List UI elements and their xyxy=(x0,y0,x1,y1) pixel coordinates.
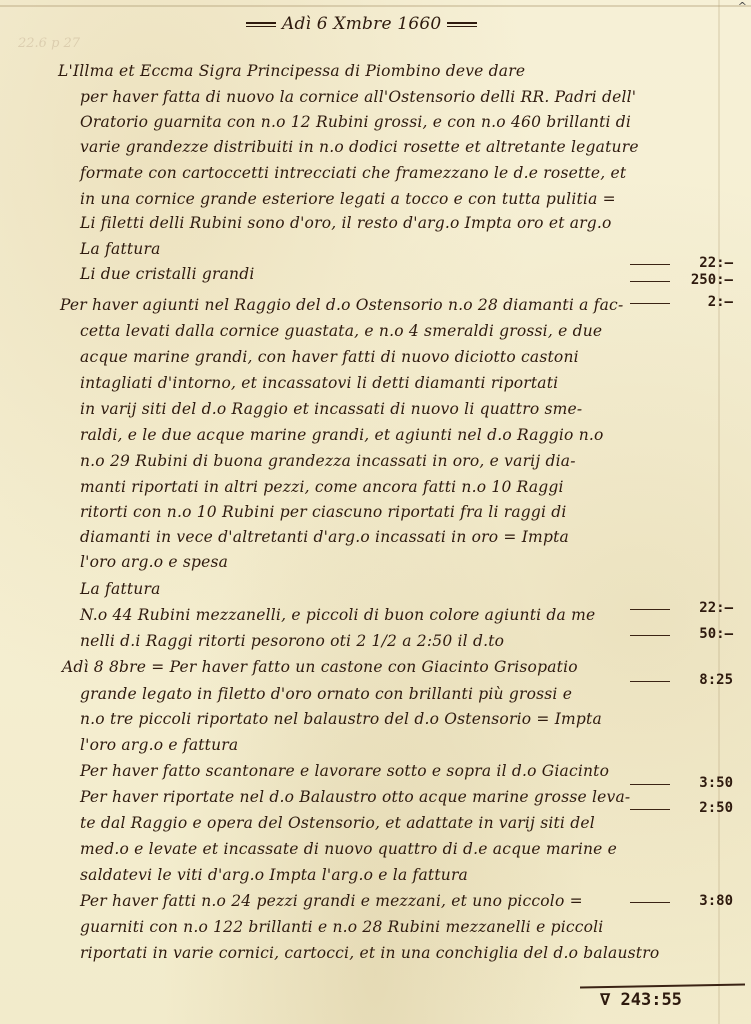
manuscript-line: raldi, e le due acque marine grandi, et … xyxy=(80,426,604,444)
line-amount: 22:— xyxy=(699,600,733,616)
line-amount: 250:— xyxy=(691,272,733,288)
manuscript-line: Per haver riportate nel d.o Balaustro ot… xyxy=(80,788,630,806)
manuscript-line: in una cornice grande esteriore legati a… xyxy=(80,190,616,208)
manuscript-line: Per haver fatti n.o 24 pezzi grandi e me… xyxy=(80,892,583,910)
line-amount: 3:50 xyxy=(699,775,733,791)
line-amount: 2:50 xyxy=(699,800,733,816)
leader-dash xyxy=(630,681,670,682)
manuscript-line: ritorti con n.o 10 Rubini per ciascuno r… xyxy=(80,503,567,521)
manuscript-line: Li due cristalli grandi xyxy=(80,265,255,283)
document-heading: Adì 6 Xmbre 1660 xyxy=(240,14,483,34)
leader-dash xyxy=(630,902,670,903)
total-rule xyxy=(580,984,745,989)
line-amount: 2:— xyxy=(708,294,733,310)
manuscript-line: grande legato in filetto d'oro ornato co… xyxy=(80,685,572,703)
heading-date: Adì 6 Xmbre 1660 xyxy=(282,14,441,34)
manuscript-line: intagliati d'intorno, et incassatovi li … xyxy=(80,374,558,392)
leader-dash xyxy=(630,635,670,636)
manuscript-line: formate con cartoccetti intrecciati che … xyxy=(80,164,626,182)
manuscript-line: l'oro arg.o e fattura xyxy=(80,736,238,754)
manuscript-line: diamanti in vece d'altretanti d'arg.o in… xyxy=(80,528,569,546)
manuscript-line: te dal Raggio e opera del Ostensorio, et… xyxy=(80,814,595,832)
scudo-symbol-icon: ∇ xyxy=(600,990,610,1010)
leader-dash xyxy=(630,264,670,265)
manuscript-line: saldatevi le viti d'arg.o Impta l'arg.o … xyxy=(80,866,468,884)
manuscript-line: riportati in varie cornici, cartocci, et… xyxy=(80,944,659,962)
manuscript-line: varie grandezze distribuiti in n.o dodic… xyxy=(80,138,639,156)
manuscript-line: La fattura xyxy=(80,240,161,258)
manuscript-line: cetta levati dalla cornice guastata, e n… xyxy=(80,322,602,340)
manuscript-line: n.o 29 Rubini di buona grandezza incassa… xyxy=(80,452,576,470)
manuscript-line: l'oro arg.o e spesa xyxy=(80,553,228,571)
corner-mark: ^ xyxy=(738,0,747,13)
leader-dash xyxy=(630,281,670,282)
account-total: ∇ 243:55 xyxy=(600,990,682,1010)
right-fold-line xyxy=(718,0,720,1024)
leader-dash xyxy=(630,609,670,610)
manuscript-line: per haver fatta di nuovo la cornice all'… xyxy=(80,88,636,106)
line-amount: 22:— xyxy=(699,255,733,271)
line-amount: 3:80 xyxy=(699,893,733,909)
manuscript-line: in varij siti del d.o Raggio et incassat… xyxy=(80,400,582,418)
manuscript-line: Per haver agiunti nel Raggio del d.o Ost… xyxy=(60,296,623,314)
manuscript-line: n.o tre piccoli riportato nel balaustro … xyxy=(80,710,602,728)
manuscript-line: L'Illma et Eccma Sigra Principessa di Pi… xyxy=(58,62,525,80)
total-value: 243:55 xyxy=(621,990,682,1010)
leader-dash xyxy=(630,809,670,810)
line-amount: 8:25 xyxy=(699,672,733,688)
manuscript-line: acque marine grandi, con haver fatti di … xyxy=(80,348,579,366)
heading-rule-right xyxy=(447,22,477,27)
manuscript-page: 22.6 p 27 ^ Adì 6 Xmbre 1660 L'Illma et … xyxy=(0,0,751,1024)
ghost-bleedthrough-note: 22.6 p 27 xyxy=(18,36,80,51)
manuscript-line: Li filetti delli Rubini sono d'oro, il r… xyxy=(80,214,612,232)
manuscript-line: N.o 44 Rubini mezzanelli, e piccoli di b… xyxy=(80,606,595,624)
manuscript-line: La fattura xyxy=(80,580,161,598)
manuscript-line: guarniti con n.o 122 brillanti e n.o 28 … xyxy=(80,918,603,936)
manuscript-line: med.o e levate et incassate di nuovo qua… xyxy=(80,840,617,858)
leader-dash xyxy=(630,303,670,304)
manuscript-line: Per haver fatto scantonare e lavorare so… xyxy=(80,762,609,780)
heading-rule-left xyxy=(246,22,276,27)
manuscript-line: Oratorio guarnita con n.o 12 Rubini gros… xyxy=(80,113,631,131)
manuscript-line: nelli d.i Raggi ritorti pesorono oti 2 1… xyxy=(80,632,504,650)
top-edge-fold xyxy=(0,5,751,7)
line-amount: 50:— xyxy=(699,626,733,642)
manuscript-line: manti riportati in altri pezzi, come anc… xyxy=(80,478,564,496)
manuscript-line: Adì 8 8bre = Per haver fatto un castone … xyxy=(62,658,578,676)
leader-dash xyxy=(630,784,670,785)
